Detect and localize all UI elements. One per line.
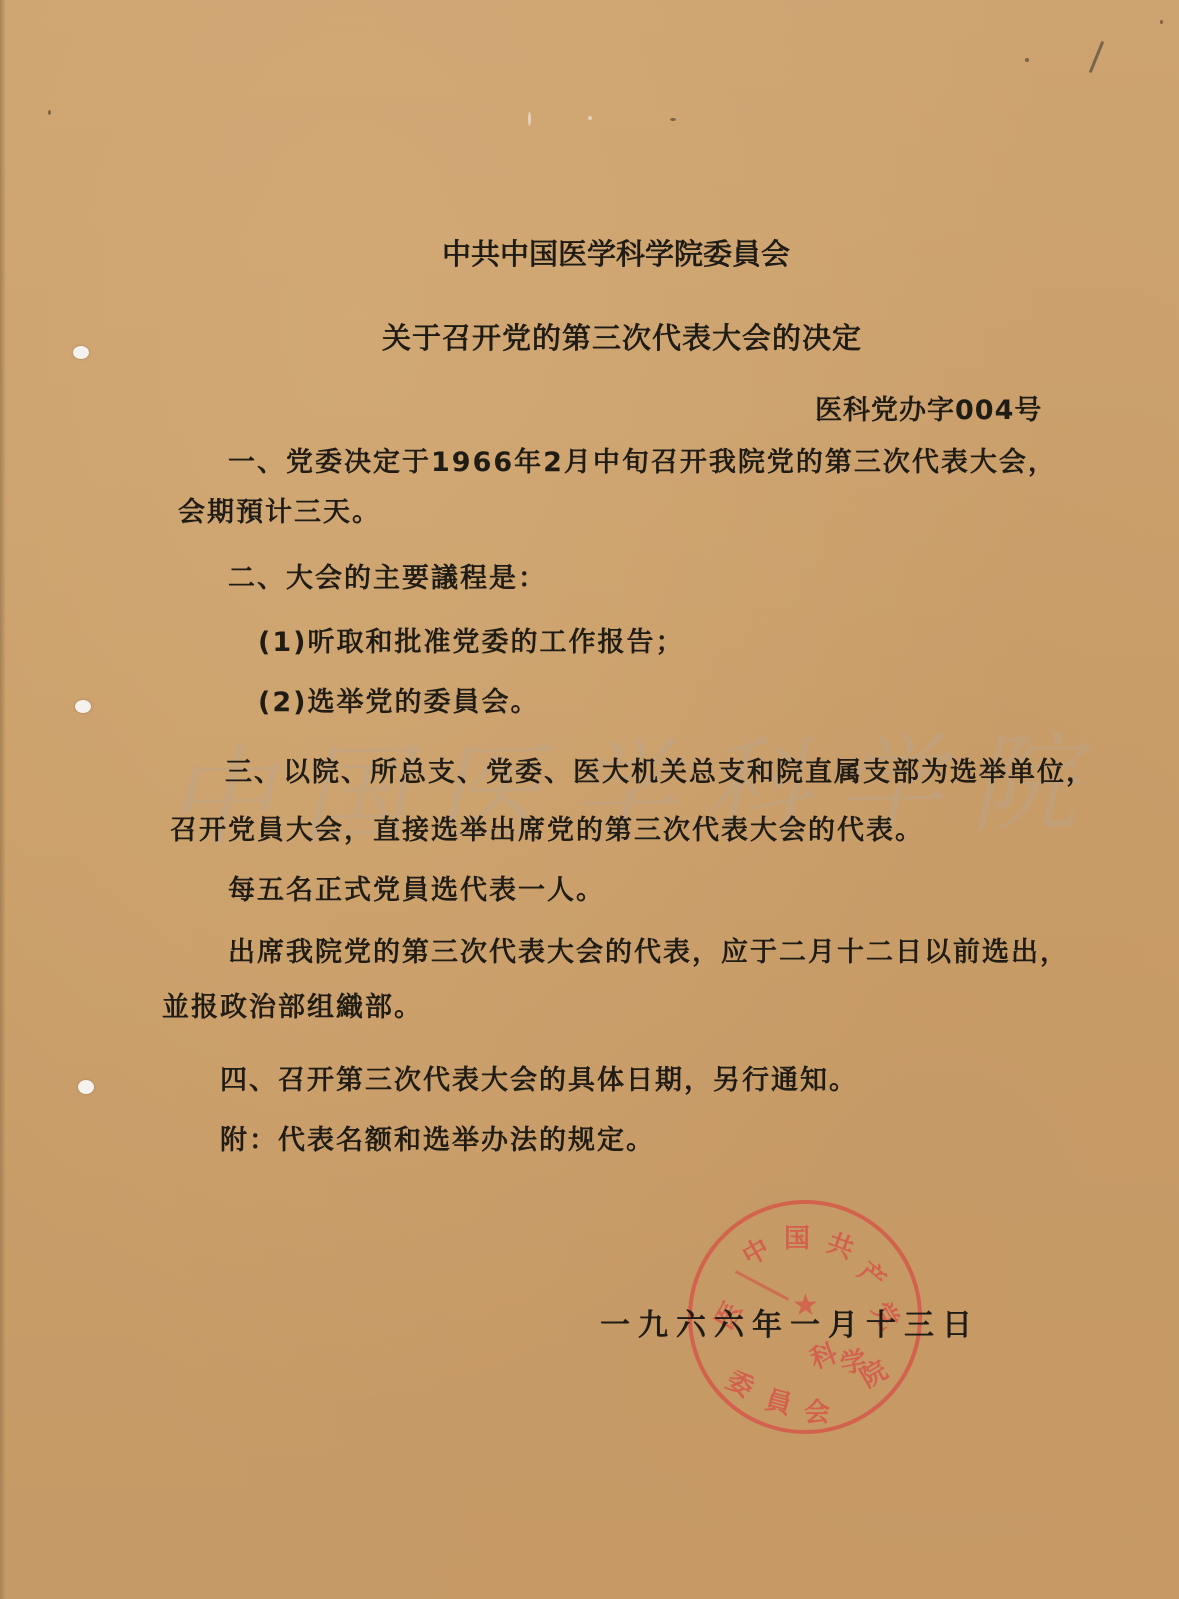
issuer-heading: 中共中国医学科学院委員会 — [442, 232, 790, 273]
punch-hole-top — [73, 346, 89, 359]
document-date: 一九六六年一月十三日 — [600, 1300, 980, 1344]
paragraph-3-line-2: 召开党員大会，直接选举出席党的第三次代表大会的代表。 — [170, 808, 924, 847]
paper-speck — [1025, 58, 1029, 62]
agenda-item-2: (2)选举党的委員会。 — [258, 680, 539, 719]
paper-speck — [588, 116, 592, 120]
seal-char: 員 — [762, 1379, 797, 1421]
attachment-note: 附：代表名额和选举办法的规定。 — [220, 1118, 655, 1157]
paper-speck — [1160, 20, 1163, 24]
document-title: 关于召开党的第三次代表大会的决定 — [382, 316, 862, 357]
paragraph-3-quota: 每五名正式党員选代表一人。 — [228, 868, 605, 907]
paragraph-1-line-2: 会期預计三天。 — [178, 490, 381, 529]
paper-edge — [0, 0, 6, 1599]
agenda-item-1: (1)听取和批准党委的工作报告； — [258, 620, 684, 659]
paragraph-2-heading: 二、大会的主要議程是： — [228, 556, 547, 595]
paragraph-3-deadline-line-2: 並报政治部组織部。 — [162, 985, 423, 1024]
seal-char: 委 — [720, 1360, 761, 1405]
paragraph-3-line-1: 三、以院、所总支、党委、医大机关总支和院直属支部为选举单位， — [225, 750, 1095, 789]
paragraph-3-deadline-line-1: 出席我院党的第三次代表大会的代表，应于二月十二日以前选出， — [228, 930, 1069, 969]
paragraph-4: 四、召开第三次代表大会的具体日期，另行通知。 — [220, 1058, 858, 1097]
seal-char: 国 — [784, 1218, 810, 1255]
document-number: 医科党办字004号 — [815, 388, 1042, 427]
punch-hole-middle — [75, 700, 91, 713]
seal-char: 会 — [804, 1392, 830, 1429]
paper-speck — [670, 118, 676, 121]
paragraph-1-line-1: 一、党委决定于1966年2月中旬召开我院党的第三次代表大会， — [228, 440, 1057, 479]
seal-char: 产 — [851, 1252, 895, 1297]
seal-char: 中 — [734, 1228, 775, 1273]
seal-char: 共 — [822, 1223, 859, 1267]
paper-speck — [48, 110, 51, 115]
punch-hole-bottom — [78, 1080, 94, 1094]
paper-speck — [528, 112, 531, 126]
seal-bar — [735, 1270, 789, 1301]
